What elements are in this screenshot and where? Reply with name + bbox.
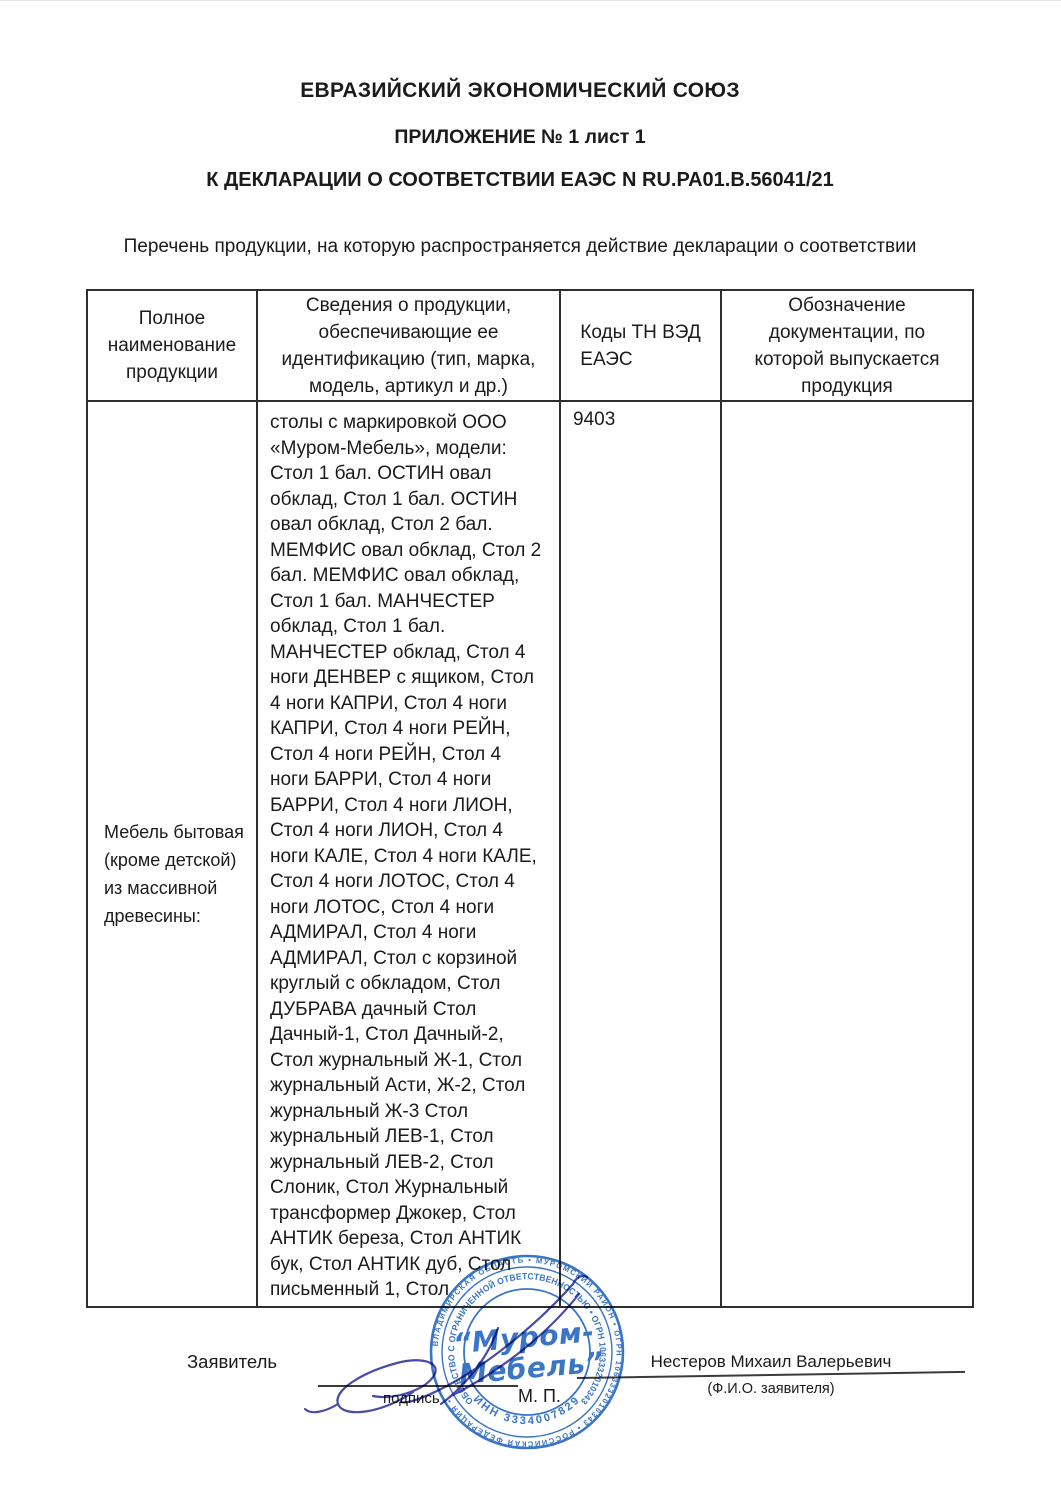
scan-edge-artifact xyxy=(0,0,1061,1)
products-table: Полное наименование продукции Сведения о… xyxy=(86,289,974,1308)
col-header-documentation: Обозначение документации, по которой вып… xyxy=(722,291,972,402)
declaration-number-title: К ДЕКЛАРАЦИИ О СООТВЕТСТВИИ ЕАЭС N RU.РА… xyxy=(0,169,1040,192)
col-header-product-name: Полное наименование продукции xyxy=(88,291,258,402)
cell-documentation xyxy=(722,402,972,1306)
seal-place-label: М. П. xyxy=(518,1386,561,1407)
fio-caption: (Ф.И.О. заявителя) xyxy=(577,1381,965,1397)
cell-tnved-code: 9403 xyxy=(561,402,722,1306)
cell-product-name: Мебель бытовая (кроме детской) из массив… xyxy=(88,402,258,1306)
applicant-name: Нестеров Михаил Валерьевич xyxy=(577,1352,965,1372)
annex-title: ПРИЛОЖЕНИЕ № 1 лист 1 xyxy=(0,126,1040,149)
col-header-product-details: Сведения о продукции, обеспечивающие ее … xyxy=(258,291,561,402)
fio-line xyxy=(577,1371,965,1379)
union-title: ЕВРАЗИЙСКИЙ ЭКОНОМИЧЕСКИЙ СОЮЗ xyxy=(0,79,1040,103)
applicant-label: Заявитель xyxy=(187,1351,277,1373)
col-header-tnved-code: Коды ТН ВЭД ЕАЭС xyxy=(561,291,722,402)
product-list-caption: Перечень продукции, на которую распростр… xyxy=(0,236,1040,258)
document-page: ЕВРАЗИЙСКИЙ ЭКОНОМИЧЕСКИЙ СОЮЗ ПРИЛОЖЕНИ… xyxy=(0,0,1061,1500)
cell-product-details: столы с маркировкой ООО «Муром-Мебель», … xyxy=(258,402,561,1306)
applicant-signature-ink xyxy=(293,1266,613,1426)
